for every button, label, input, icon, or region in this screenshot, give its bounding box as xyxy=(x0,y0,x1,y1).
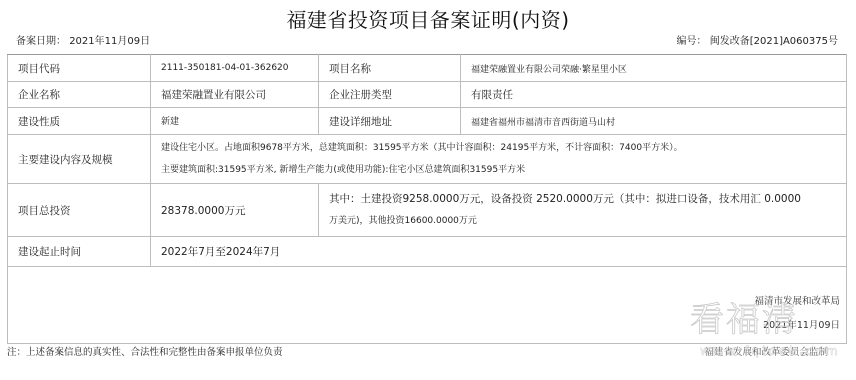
disclaimer-note: 注：上述备案信息的真实性、合法性和完整性由备案申报单位负责 xyxy=(7,344,283,358)
company-type-label: 企业注册类型 xyxy=(319,82,461,108)
signature-cell: 福清市发展和改革局 2021年11月09日 xyxy=(8,267,847,344)
filing-form-table: 项目代码 2111-350181-04-01-362620 项目名称 福建荣融置… xyxy=(7,54,847,344)
total-investment-value: 28378.0000万元 xyxy=(151,184,319,237)
issuer-label: 福建省发展和改革委员会监制 xyxy=(704,344,828,358)
investment-breakdown: 其中：土建投资9258.0000万元，设备投资 2520.0000万元（其中：拟… xyxy=(319,184,847,237)
document-title: 福建省投资项目备案证明(内资) xyxy=(0,4,856,33)
table-row: 项目总投资 28378.0000万元 其中：土建投资9258.0000万元，设备… xyxy=(8,184,847,237)
filing-date-value: 2021年11月09日 xyxy=(69,36,150,47)
main-content-label: 主要建设内容及规模 xyxy=(8,135,151,184)
document-number-label: 编号： xyxy=(677,36,707,47)
project-name-value: 福建荣融置业有限公司荣融·繁星里小区 xyxy=(461,55,847,82)
table-row: 主要建设内容及规模 建设住宅小区。占地面积9678平方米，总建筑面积：31595… xyxy=(8,135,847,184)
total-investment-label: 项目总投资 xyxy=(8,184,151,237)
signature-date: 2021年11月09日 xyxy=(763,317,840,331)
table-row: 建设性质 新建 建设详细地址 福建省福州市福清市音西街道马山村 xyxy=(8,108,847,135)
investment-breakdown-line-2: 万美元)，其他投资16600.0000万元 xyxy=(329,210,836,232)
construction-address-label: 建设详细地址 xyxy=(319,108,461,135)
document-number-value: 闽发改备[2021]A060375号 xyxy=(710,36,838,47)
main-content-line-2: 主要建筑面积:31595平方米, 新增生产能力(或使用功能):住宅小区总建筑面积… xyxy=(161,159,836,181)
filing-date-label: 备案日期： xyxy=(16,36,66,47)
construction-nature-label: 建设性质 xyxy=(8,108,151,135)
project-code-label: 项目代码 xyxy=(8,55,151,82)
main-content-line-1: 建设住宅小区。占地面积9678平方米，总建筑面积：31595平方米（其中计容面积… xyxy=(161,137,836,159)
construction-nature-value: 新建 xyxy=(151,108,319,135)
company-name-value: 福建荣融置业有限公司 xyxy=(151,82,319,108)
table-row: 项目代码 2111-350181-04-01-362620 项目名称 福建荣融置… xyxy=(8,55,847,82)
project-code-value: 2111-350181-04-01-362620 xyxy=(151,55,319,82)
main-content-value: 建设住宅小区。占地面积9678平方米，总建筑面积：31595平方米（其中计容面积… xyxy=(151,135,847,184)
construction-period-value: 2022年7月至2024年7月 xyxy=(151,237,847,267)
project-name-label: 项目名称 xyxy=(319,55,461,82)
table-row: 福清市发展和改革局 2021年11月09日 xyxy=(8,267,847,344)
construction-period-label: 建设起止时间 xyxy=(8,237,151,267)
filing-date: 备案日期： 2021年11月09日 xyxy=(16,32,150,47)
table-row: 企业名称 福建荣融置业有限公司 企业注册类型 有限责任 xyxy=(8,82,847,108)
table-row: 建设起止时间 2022年7月至2024年7月 xyxy=(8,237,847,267)
document-number: 编号： 闽发改备[2021]A060375号 xyxy=(677,32,838,47)
company-type-value: 有限责任 xyxy=(461,82,847,108)
construction-address-value: 福建省福州市福清市音西街道马山村 xyxy=(461,108,847,135)
investment-breakdown-line-1: 其中：土建投资9258.0000万元，设备投资 2520.0000万元（其中：拟… xyxy=(329,188,836,210)
company-name-label: 企业名称 xyxy=(8,82,151,108)
signature-organization: 福清市发展和改革局 xyxy=(754,293,840,307)
